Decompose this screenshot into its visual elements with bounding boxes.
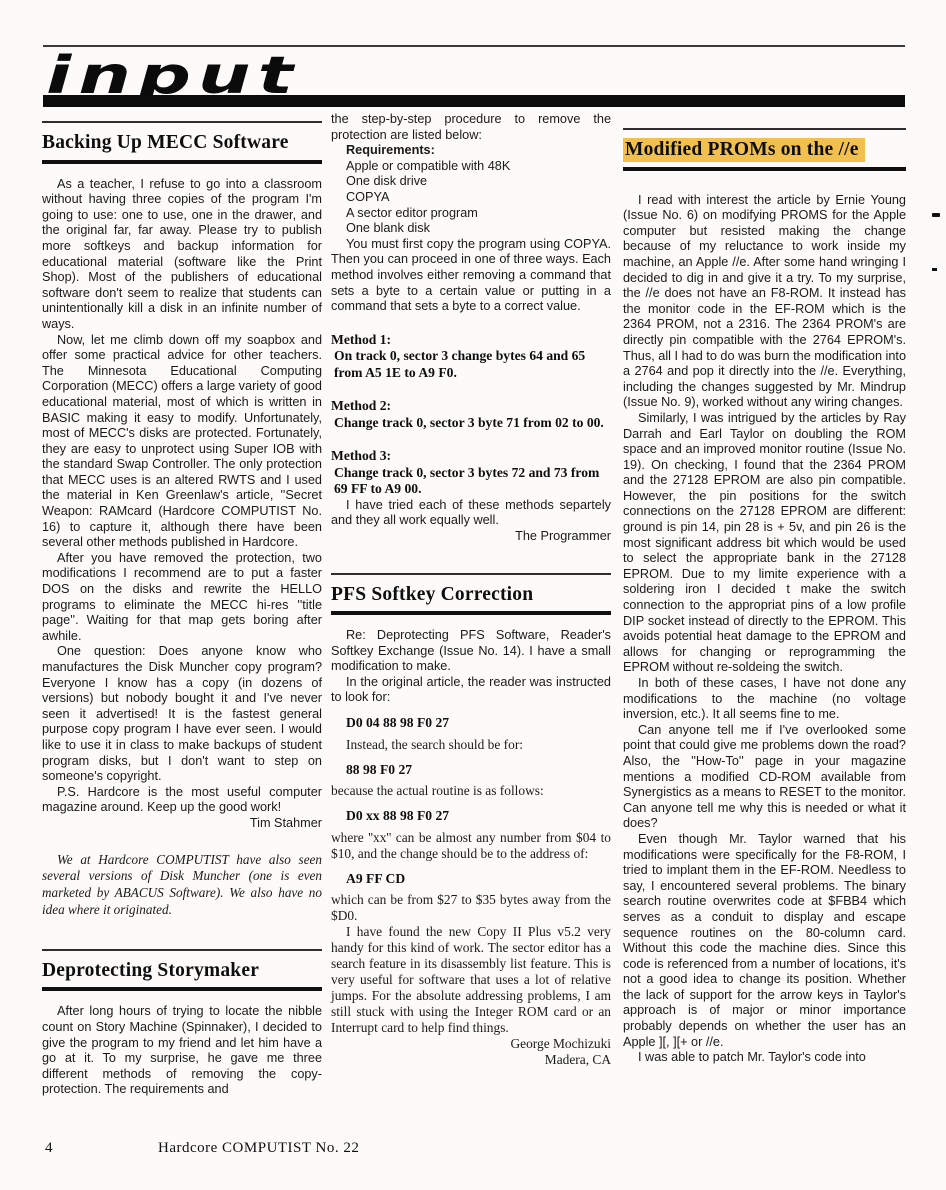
signature: The Programmer xyxy=(331,529,611,545)
article-title: Backing Up MECC Software xyxy=(42,135,322,151)
column-1: Backing Up MECC Software As a teacher, I… xyxy=(42,121,322,1098)
editor-note: We at Hardcore COMPUTIST have also seen … xyxy=(42,852,322,919)
signature: George Mochizuki xyxy=(331,1036,611,1052)
code-line: D0 xx 88 98 F0 27 xyxy=(346,808,611,825)
paragraph: because the actual routine is as follows… xyxy=(331,783,611,799)
paragraph: After long hours of trying to locate the… xyxy=(42,1004,322,1098)
article-header: Modified PROMs on the //e xyxy=(623,128,906,171)
column-3: Modified PROMs on the //e I read with in… xyxy=(623,128,906,1066)
paragraph: Re: Deprotecting PFS Software, Reader's … xyxy=(331,628,611,675)
title-highlight: Modified PROMs on the //e xyxy=(623,138,865,162)
paragraph: As a teacher, I refuse to go into a clas… xyxy=(42,177,322,333)
paragraph: One question: Does anyone know who manuf… xyxy=(42,644,322,784)
article-header: Backing Up MECC Software xyxy=(42,121,322,164)
article-header: Deprotecting Storymaker xyxy=(42,949,322,992)
paragraph: the step-by-step procedure to remove the… xyxy=(331,112,611,143)
paragraph: P.S. Hardcore is the most useful compute… xyxy=(42,785,322,816)
header-bar xyxy=(43,95,905,107)
article-title: Deprotecting Storymaker xyxy=(42,963,322,979)
code-line: D0 04 88 98 F0 27 xyxy=(346,715,611,732)
paragraph: Similarly, I was intrigued by the articl… xyxy=(623,411,906,676)
heading-rule-thin xyxy=(42,949,322,951)
paragraph: I have found the new Copy II Plus v5.2 v… xyxy=(331,924,611,1036)
paragraph: I was able to patch Mr. Taylor's code in… xyxy=(623,1050,906,1066)
paragraph: In the original article, the reader was … xyxy=(331,675,611,706)
paragraph: which can be from $27 to $35 bytes away … xyxy=(331,892,611,924)
footer-page-number: 4 xyxy=(45,1140,53,1157)
heading-rule-thick xyxy=(331,611,611,615)
magazine-page: input Backing Up MECC Software As a teac… xyxy=(0,0,946,1190)
heading-rule-thick xyxy=(623,167,906,171)
paragraph: Now, let me climb down off my soapbox an… xyxy=(42,333,322,551)
code-line: 88 98 F0 27 xyxy=(346,762,611,779)
paragraph: I have tried each of these methods separ… xyxy=(331,498,611,529)
method-text: On track 0, sector 3 change bytes 64 and… xyxy=(331,348,611,381)
paragraph: where ''xx'' can be almost any number fr… xyxy=(331,830,611,862)
heading-rule-thin xyxy=(331,573,611,575)
heading-rule-thin xyxy=(623,128,906,130)
heading-rule-thick xyxy=(42,987,322,991)
scan-artifact xyxy=(932,268,937,271)
method-text: Change track 0, sector 3 bytes 72 and 73… xyxy=(331,465,611,498)
requirement-item: COPYA xyxy=(331,190,611,206)
method-block: Method 3: Change track 0, sector 3 bytes… xyxy=(331,448,611,498)
paragraph: You must first copy the program using CO… xyxy=(331,237,611,315)
code-line: A9 FF CD xyxy=(346,871,611,888)
requirement-item: Apple or compatible with 48K xyxy=(331,159,611,175)
paragraph: Instead, the search should be for: xyxy=(331,737,611,753)
article-title: PFS Softkey Correction xyxy=(331,587,611,603)
method-label: Method 1: xyxy=(331,332,611,349)
heading-rule-thick xyxy=(42,160,322,164)
signature: Tim Stahmer xyxy=(42,816,322,832)
requirement-item: One disk drive xyxy=(331,174,611,190)
paragraph: I read with interest the article by Erni… xyxy=(623,193,906,411)
article-header: PFS Softkey Correction xyxy=(331,573,611,616)
column-2: the step-by-step procedure to remove the… xyxy=(331,112,611,1068)
method-text: Change track 0, sector 3 byte 71 from 02… xyxy=(331,415,611,432)
requirements-label: Requirements: xyxy=(331,143,611,159)
paragraph: In both of these cases, I have not done … xyxy=(623,676,906,723)
signature: Madera, CA xyxy=(331,1052,611,1068)
method-label: Method 2: xyxy=(331,398,611,415)
requirement-item: A sector editor program xyxy=(331,206,611,222)
footer-title: Hardcore COMPUTIST No. 22 xyxy=(158,1140,359,1157)
paragraph: After you have removed the protection, t… xyxy=(42,551,322,645)
paragraph: Can anyone tell me if I've overlooked so… xyxy=(623,723,906,832)
article-title: Modified PROMs on the //e xyxy=(623,142,906,158)
method-block: Method 1: On track 0, sector 3 change by… xyxy=(331,332,611,382)
method-label: Method 3: xyxy=(331,448,611,465)
requirement-item: One blank disk xyxy=(331,221,611,237)
method-block: Method 2: Change track 0, sector 3 byte … xyxy=(331,398,611,431)
heading-rule-thin xyxy=(42,121,322,123)
scan-artifact xyxy=(932,213,940,217)
paragraph: Even though Mr. Taylor warned that his m… xyxy=(623,832,906,1050)
